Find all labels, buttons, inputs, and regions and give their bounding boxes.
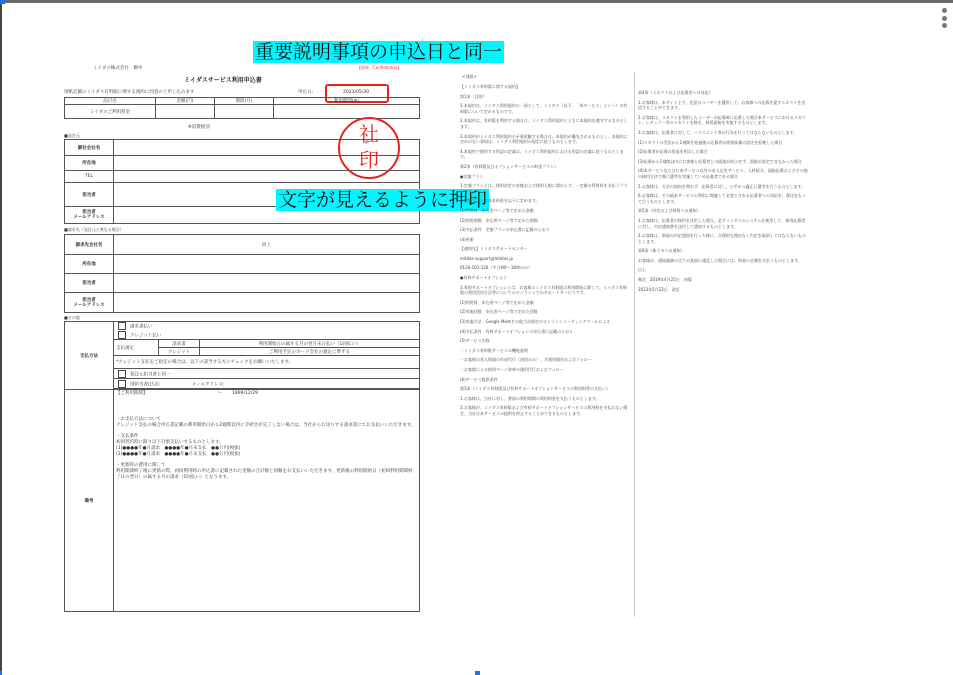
terms-paragraph: (4)支払条件 有料サポートオプションの申込書に記載のとおり xyxy=(460,329,628,335)
terms-method: クレジット xyxy=(159,348,200,356)
resize-handle-bottom-left[interactable] xyxy=(0,671,2,675)
terms-paragraph: 2.お客様は、スカウトを利用したユーザーが応募時に応募した場合本サービスにおける… xyxy=(638,115,808,126)
more-vertical-icon[interactable] xyxy=(939,8,949,32)
billing-section-label: ■請求先（発注元と異なる場合） xyxy=(64,227,124,233)
terms-paragraph: 第3条（ミイダス有料版及び有料サポートオプションサービスの利用料等の支払い） xyxy=(460,386,628,392)
terms-paragraph: (6)サービス提供条件 xyxy=(460,377,628,383)
viewer-top-border xyxy=(0,0,953,3)
fee-header: 金額(円) xyxy=(156,98,215,105)
contact-option-same[interactable]: 発注元担当者と同一 xyxy=(114,369,420,379)
terms-paragraph: 5.お客様は、方法の如何を問わず、応募者に対し、公平かつ適正に選考を行うものとし… xyxy=(638,184,808,190)
terms-column-1: 【ミイダス有料版に関する規約】第1条（目的）1.本規約は、ミイダス利用規約の一部… xyxy=(460,84,628,421)
payment-table: 支払方法 請求書払い クレジット払い 支払規定 請求書 利用開始日の属する月の翌… xyxy=(64,321,420,612)
option-label: 請求書払い xyxy=(130,325,153,330)
fee-header: 品目名 xyxy=(65,98,156,105)
payment-method-label: 支払方法 xyxy=(65,322,114,390)
form-title: ミイダスサービス利用申込書 xyxy=(184,75,262,84)
resize-handle-bottom[interactable] xyxy=(475,671,480,675)
contact-option-other[interactable]: 別担当者(氏名: メールアドレス: xyxy=(114,379,420,389)
period-end: 1899/12/29 xyxy=(232,391,258,396)
billing-table: 請求先会社名同上 所在地 担当者 担当者 メールアドレス xyxy=(64,234,420,313)
terms-paragraph: 4.本規約で使用する用語の定義は、ミイダス利用規約における用語の定義に従うものと… xyxy=(460,149,628,160)
credit-note: *クレジット支払をご指定の場合は、以下の該当する方にチェックをお願いいたします。 xyxy=(114,356,420,369)
checkbox[interactable] xyxy=(118,331,126,339)
checkbox[interactable] xyxy=(118,322,126,330)
orderer-label: TEL xyxy=(65,171,114,183)
terms-paragraph: ・お客様の求人情報の作成代行（初回のみ）、月運用報告およびフォロー xyxy=(460,357,628,363)
payment-option-invoice[interactable]: 請求書払い xyxy=(114,322,420,331)
terms-paragraph: (5)サービス内容 xyxy=(460,338,628,344)
terms-paragraph: (4)更新 xyxy=(460,237,628,243)
stamp-char: 社 xyxy=(340,123,398,145)
terms-paragraph: 3.本規約がミイダス利用規約の矛盾抵触する場合は、本規約が優先されるものとし、本… xyxy=(460,134,628,145)
terms-paragraph: 1.お客様は、本サイト上で、任意のユーザーを選択して、お客様への応募を促すスカウ… xyxy=(638,100,808,111)
terms-paragraph: 2.本規約は、有料版を利用する場合は、ミイダス利用規約とともに本規約を遵守するも… xyxy=(460,118,628,129)
company-seal-stamp: 社 印 xyxy=(338,117,400,179)
terms-paragraph: (1)利用料 申込用ページ等で定めた金額 xyxy=(460,208,628,214)
terms-paragraph: (2)実施回数 申込用ページ等で定めた回数 xyxy=(460,309,628,315)
remarks-label: 備考 xyxy=(65,390,114,612)
terms-text: ご利用予定のカード会社の規定に準ずる xyxy=(200,348,420,356)
terms-paragraph: mitdas-support@mitdas.jp xyxy=(460,256,628,262)
renewal-text: 利用期間終了後に更新の際、初回利用時の申込書に記載された金額の合計額と同額をお支… xyxy=(116,469,417,481)
terms-paragraph: (1)スカウトの受信から1週間を経過後に応募者が面接候補の設定を拒絶した場合 xyxy=(638,140,808,146)
terms-paragraph: ●定額プラン xyxy=(460,174,628,180)
terms-paragraph: 【連絡先】ミイダスサポートセンター xyxy=(460,246,628,252)
option-label: 発注元担当者と同一 xyxy=(130,372,171,377)
terms-text: 利用開始日の属する月の翌月末日払い（1回払い） xyxy=(200,340,420,348)
terms-paragraph: (4)本サービスならびに本サービス以外の求人広告サービス、人材紹介、面接応募およ… xyxy=(638,168,808,179)
terms-paragraph: 第4条（スカウトおよび応募者への対応） xyxy=(638,90,808,96)
terms-paragraph: (1)利用料 申込用ページ等で定めた金額 xyxy=(460,300,628,306)
terms-paragraph: お客様が、通知義務の全ての条項に違反した場合には、料金の全額を支払うものとします… xyxy=(638,258,808,264)
terms-paragraph: ●有料サポートオプション xyxy=(460,275,628,281)
terms-paragraph: 2023年5月22日 改訂 xyxy=(638,287,808,293)
date-callout: 重要説明事項の申込日と同一 xyxy=(253,41,504,63)
payment-text: クレジット支払の場合申込書記載の利用開始日から2週間以内に手続きが完了しない場合… xyxy=(116,423,417,429)
column-divider xyxy=(634,72,635,617)
billing-company-field[interactable]: 同上 xyxy=(114,235,420,255)
terms-paragraph: 1.お客様は、応募者の採用を決定した場合、必ずミイダスのシステムを使用して、採用… xyxy=(638,218,808,229)
terms-paragraph: 2.定額プランの基本料金を以下に定めます。 xyxy=(460,198,628,204)
terms-paragraph: ・ミイダス有料版サービスの機能説明 xyxy=(460,348,628,354)
terms-heading: <別紙> xyxy=(462,74,477,80)
option-label: 別担当者(氏名: メールアドレス: xyxy=(130,382,225,387)
stamp-char: 印 xyxy=(340,149,398,171)
terms-paragraph: 第2条（有料版及びオプションサービスの料金プラン） xyxy=(460,164,628,170)
period-label: 【ご利用期間】 xyxy=(116,391,148,396)
terms-paragraph: (2)利用期間 申込用ページ等で定めた期間 xyxy=(460,218,628,224)
terms-paragraph: 第6条（新子モへの通知） xyxy=(638,248,808,254)
terms-paragraph: (2)応募者が応募の辞退を明示した場合 xyxy=(638,149,808,155)
terms-paragraph: 0120-101-126（平日9時〜18時のみ） xyxy=(460,265,628,271)
fee-table: 品目名 金額(円) 期間(月) 利用期間(※) ミイダスご利用料金 xyxy=(64,97,420,119)
billing-label: 請求先会社名 xyxy=(65,235,114,255)
terms-paragraph: 6.お客様は、その他本サービスの利用に関連して必要とされる応募者への対応を、責任… xyxy=(638,193,808,204)
terms-paragraph: 2.お客様は、新規の内定通知を行った後に、合理的な理由なく内定を取消してはならな… xyxy=(638,233,808,244)
terms-paragraph: 【ミイダス有料版に関する規約】 xyxy=(460,84,628,90)
fee-cell xyxy=(274,105,420,119)
tax-note: ※消費税別 xyxy=(188,125,210,131)
billing-contact-field[interactable] xyxy=(114,274,420,293)
terms-column-2: 第4条（スカウトおよび応募者への対応）1.お客様は、本サイト上で、任意のユーザー… xyxy=(638,90,808,296)
billing-label: 所在地 xyxy=(65,255,114,274)
terms-paragraph: 以上 xyxy=(638,267,808,273)
fee-cell: ミイダスご利用料金 xyxy=(65,105,156,119)
fee-cell xyxy=(156,105,215,119)
billing-label: 担当者 xyxy=(65,274,114,293)
addressee: ミイダス株式会社 御中 xyxy=(93,66,142,72)
terms-paragraph: 3.お客様は、応募者に対して、ハラスメント等の行為を行ってはならないものとします… xyxy=(638,130,808,136)
checkbox[interactable] xyxy=(118,370,126,378)
application-date-label: 申込日: xyxy=(298,90,313,96)
payment-option-credit[interactable]: クレジット払い xyxy=(114,331,420,340)
billing-address-field[interactable] xyxy=(114,255,420,274)
terms-method: 請求書 xyxy=(159,340,200,348)
terms-paragraph: 制定 2019年4月25日 初版 xyxy=(638,277,808,283)
terms-paragraph: 1.本規約は、ミイダス利用規約の一部として、ミイダス（以下、「本サービス」という… xyxy=(460,103,628,114)
fee-header: 利用期間(※) xyxy=(274,98,420,105)
terms-paragraph: 2.お客様が、ミイダス有料版および有料サポートオプションサービスの利用料を支払わ… xyxy=(460,405,628,416)
checkbox[interactable] xyxy=(118,380,126,388)
remarks-field[interactable]: 【ご利用期間】〜1899/12/29 ・お支払方法について クレジット支払の場合… xyxy=(114,390,420,612)
fee-cell xyxy=(215,105,274,119)
terms-paragraph: 第5条（内定および採用への通知） xyxy=(638,208,808,214)
terms-paragraph: 1.有料サポートオプションとは、お客様のミイダス有料版の利用開始に際して、ミイダ… xyxy=(460,285,628,296)
orderer-label: 御社会社名 xyxy=(65,140,114,156)
resize-handle-top-left[interactable] xyxy=(0,0,5,4)
terms-paragraph: (3)応募から1週間以内にお客様と応募者との面談が成立せず、面接が設定できなかっ… xyxy=(638,159,808,165)
viewer-left-border xyxy=(0,3,2,675)
terms-paragraph: 第1条（目的） xyxy=(460,94,628,100)
stamp-callout: 文字が見えるように押印 xyxy=(276,189,489,211)
confidential-label: 【極秘／Confidential】 xyxy=(357,65,401,71)
terms-paragraph: (3)実施方法 Google Meetその他当社指定のオンラインミーティングツー… xyxy=(460,319,628,325)
billing-label: 担当者 メールアドレス xyxy=(65,293,114,313)
period-separator: 〜 xyxy=(218,391,223,396)
terms-paragraph: 1.お客様は、当社に対し、書面の利用期間の利用料金を支払うものとします。 xyxy=(460,396,628,402)
billing-email-field[interactable] xyxy=(114,293,420,313)
payment-terms-label: 支払規定 xyxy=(114,340,159,356)
orderer-label: 所在地 xyxy=(65,156,114,171)
terms-paragraph: 1.定額プランとは、採用决定の有無および採用人数に関わらず、一定額の利用料を支払… xyxy=(460,183,628,194)
terms-paragraph: ・お客様による採用ページ改善の運用代行およびフォロー xyxy=(460,367,628,373)
orderer-label: 担当者 xyxy=(65,183,114,207)
orderer-label: 担当者 メールアドレス xyxy=(65,207,114,224)
option-label: クレジット払い xyxy=(130,333,161,338)
fee-header: 期間(月) xyxy=(215,98,274,105)
terms-paragraph: (3)支払条件 定額プランの申込書に記載のとおり xyxy=(460,227,628,233)
intro-text: 別紙記載のミイダス有料版に関する規約に同意の上申し込みます xyxy=(64,90,194,96)
